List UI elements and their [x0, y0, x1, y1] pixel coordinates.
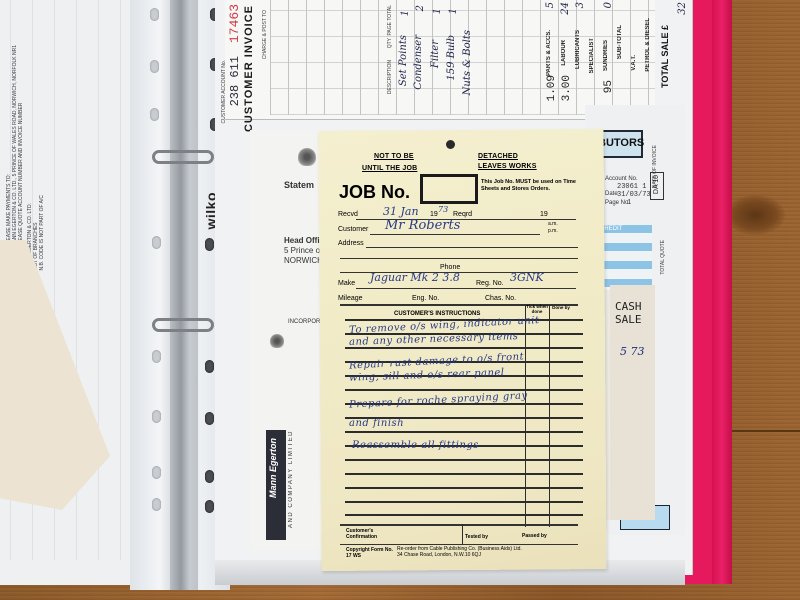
ruled-line [345, 487, 583, 489]
date-value: 31/03/73 [617, 191, 651, 199]
invoice-item: Filter [430, 40, 441, 68]
not-to-be-label: NOT TO BE [374, 153, 414, 160]
punch-hole [205, 360, 214, 373]
payment-instructions: PLEASE MAKE PAYMENTS TO: MANN EGERTON & … [6, 45, 24, 247]
leaves-works-label: LEAVES WORKS [478, 163, 537, 170]
received-label: Recvd [338, 211, 358, 218]
punch-hole [150, 60, 159, 73]
vehicle-make: Jaguar Mk 2 3.8 [370, 271, 460, 284]
make-line [356, 288, 576, 289]
customer-label: Customer [338, 226, 368, 233]
date-box-value: DA 10 [653, 175, 660, 194]
punch-hole [152, 236, 161, 249]
instruction-line: Reassemble all fittings [352, 440, 479, 451]
customer-name: Mr Roberts [385, 218, 460, 233]
punch-hole [205, 470, 214, 483]
job-number-title: JOB No. [339, 182, 410, 203]
invoice-column-description: DESCRIPTION [387, 60, 393, 94]
received-year: 73 [438, 205, 448, 214]
binder-ring [152, 318, 214, 332]
invoice-label-specialist: SPECIALIST [589, 38, 595, 73]
until-the-job-label: UNTIL THE JOB [362, 165, 417, 172]
tick-column-divider [525, 305, 526, 527]
invoice-item-qty: 1 [432, 8, 443, 14]
invoice-label-petrol: PETROL & DIESEL [645, 18, 651, 72]
passed-by-label: Passed by [522, 533, 547, 539]
royal-crest-icon [298, 148, 316, 166]
done-by-header: Done by [550, 305, 572, 310]
account-value: 23061 1 [617, 183, 646, 191]
punch-hole [150, 8, 159, 21]
invoice-value-labour: 24 [560, 2, 571, 15]
done-by-column-divider [549, 305, 550, 527]
wood-plank-seam [720, 430, 800, 432]
binder-edge [712, 0, 732, 584]
punch-hole [205, 238, 214, 251]
ruled-line [345, 431, 583, 433]
customer-confirmation-label: Customer's Confirmation [346, 528, 386, 540]
invoice-label-sundries: SUNDRIES [603, 40, 609, 71]
address-line [340, 258, 578, 259]
reg-number: 3GNK [510, 271, 544, 284]
invoice-amount: 1.09 [546, 75, 558, 101]
invoice-label-labour: LABOUR [561, 40, 567, 66]
invoice-label-subtotal: SUB-TOTAL [617, 25, 623, 59]
mileage-label: Mileage [338, 295, 363, 302]
customer-line [370, 234, 540, 235]
footer-divider [340, 544, 578, 545]
job-number-note: This Job No. MUST be used on Time Sheets… [481, 179, 576, 193]
punch-hole [205, 500, 214, 513]
address-label: Address [338, 240, 364, 247]
customer-instructions-header: CUSTOMER'S INSTRUCTIONS [394, 311, 480, 317]
required-label: Reqrd [453, 211, 472, 218]
statement-incorporated: INCORPOR [288, 317, 320, 327]
required-year-prefix: 19 [540, 211, 548, 218]
punch-hole [152, 410, 161, 423]
punch-hole [152, 498, 161, 511]
punch-hole [205, 412, 214, 425]
invoice-total-value: 32 [677, 2, 688, 15]
chassis-number-label: Chas. No. [485, 295, 516, 302]
detached-label: DETACHED [478, 153, 518, 160]
binder-ring [152, 150, 214, 164]
punch-hole [152, 466, 161, 479]
instruction-line: and finish [349, 418, 404, 429]
ruled-line [345, 514, 583, 516]
cash-sale-label: CASH SALE [615, 300, 642, 326]
reorder-address: Re-order from Cable Publishing Co. (Busi… [397, 546, 522, 558]
ruled-line [345, 389, 583, 391]
mann-egerton-name: Mann Egerton [268, 438, 278, 498]
punch-hole [152, 350, 161, 363]
invoice-column-total: TOTAL [387, 5, 393, 21]
invoice-amount: 95 [603, 80, 615, 93]
make-label: Make [338, 280, 355, 287]
invoice-title: CUSTOMER INVOICE [243, 5, 255, 132]
date-label: Date [605, 191, 618, 197]
page-value: 1 [627, 199, 631, 207]
invoice-item: Nuts & Bolts [462, 30, 473, 95]
invoice-item: 159 Bulb [446, 35, 457, 81]
wood-knot [725, 195, 785, 235]
invoice-item: Condenser [413, 35, 424, 90]
ruled-line [345, 473, 583, 475]
received-date: 31 Jan [383, 205, 419, 218]
tested-by-label: Tested by [465, 534, 488, 540]
invoice-number: 17463 [227, 4, 242, 43]
tick-when-done-header: Tick when done [526, 304, 548, 314]
ruled-line [345, 347, 583, 349]
invoice-value-parts: 5 [545, 2, 556, 8]
job-card-hole [446, 140, 455, 149]
invoice-item-qty: 2 [415, 5, 426, 11]
account-label: Account No. [605, 176, 638, 182]
reg-label: Reg. No. [476, 280, 504, 287]
instructions-bottom-border [340, 524, 578, 526]
am-label: a.m. [548, 221, 558, 227]
address-line [366, 247, 578, 248]
statement-title: Statem [284, 180, 314, 190]
ruled-line [345, 501, 583, 503]
total-quote-label: TOTAL QUOTE [660, 240, 666, 275]
invoice-item-qty: 1 [400, 10, 411, 16]
received-year-prefix: 19 [430, 211, 438, 218]
invoice-amount: 3.00 [561, 75, 573, 101]
invoice-item-qty: 1 [448, 8, 459, 14]
invoice-value-lubricants: 3 [575, 2, 586, 8]
cash-sale-date: 5 73 [620, 345, 645, 358]
invoice-label-parts: PARTS & ACCS. [546, 30, 552, 76]
punch-hole [150, 108, 159, 121]
job-number-box[interactable] [420, 174, 478, 204]
pm-label: p.m. [548, 228, 558, 234]
invoice-label-vat: V.A.T. [631, 55, 637, 71]
invoice-account-label: CUSTOMER ACCOUNT No. [221, 60, 227, 123]
copyright-form-number: Copyright Form No. 17 WS [346, 547, 396, 559]
company-crest-icon [270, 334, 284, 348]
invoice-value-sundries: 0 [603, 2, 614, 8]
invoice-charge-label: CHARGE & POST TO [262, 10, 268, 59]
invoice-account-number: 238 611 [228, 56, 242, 106]
phone-label: Phone [440, 264, 460, 271]
binder-rail [170, 0, 198, 590]
invoice-label-lubricants: LUBRICANTS [575, 30, 581, 69]
statement-head-office: Head Offi 5 Prince o NORWICH [284, 236, 323, 266]
invoice-total-label: TOTAL SALE £ [660, 25, 670, 88]
ruled-line [345, 459, 583, 461]
invoice-item: Set Points [398, 35, 409, 86]
mann-egerton-subtitle: AND COMPANY LIMITED [288, 430, 294, 528]
engine-number-label: Eng. No. [412, 295, 439, 302]
invoice-column-page: PAGE [387, 22, 393, 36]
confirmation-divider [462, 524, 463, 544]
invoice-column-qty: QTY [387, 38, 393, 48]
